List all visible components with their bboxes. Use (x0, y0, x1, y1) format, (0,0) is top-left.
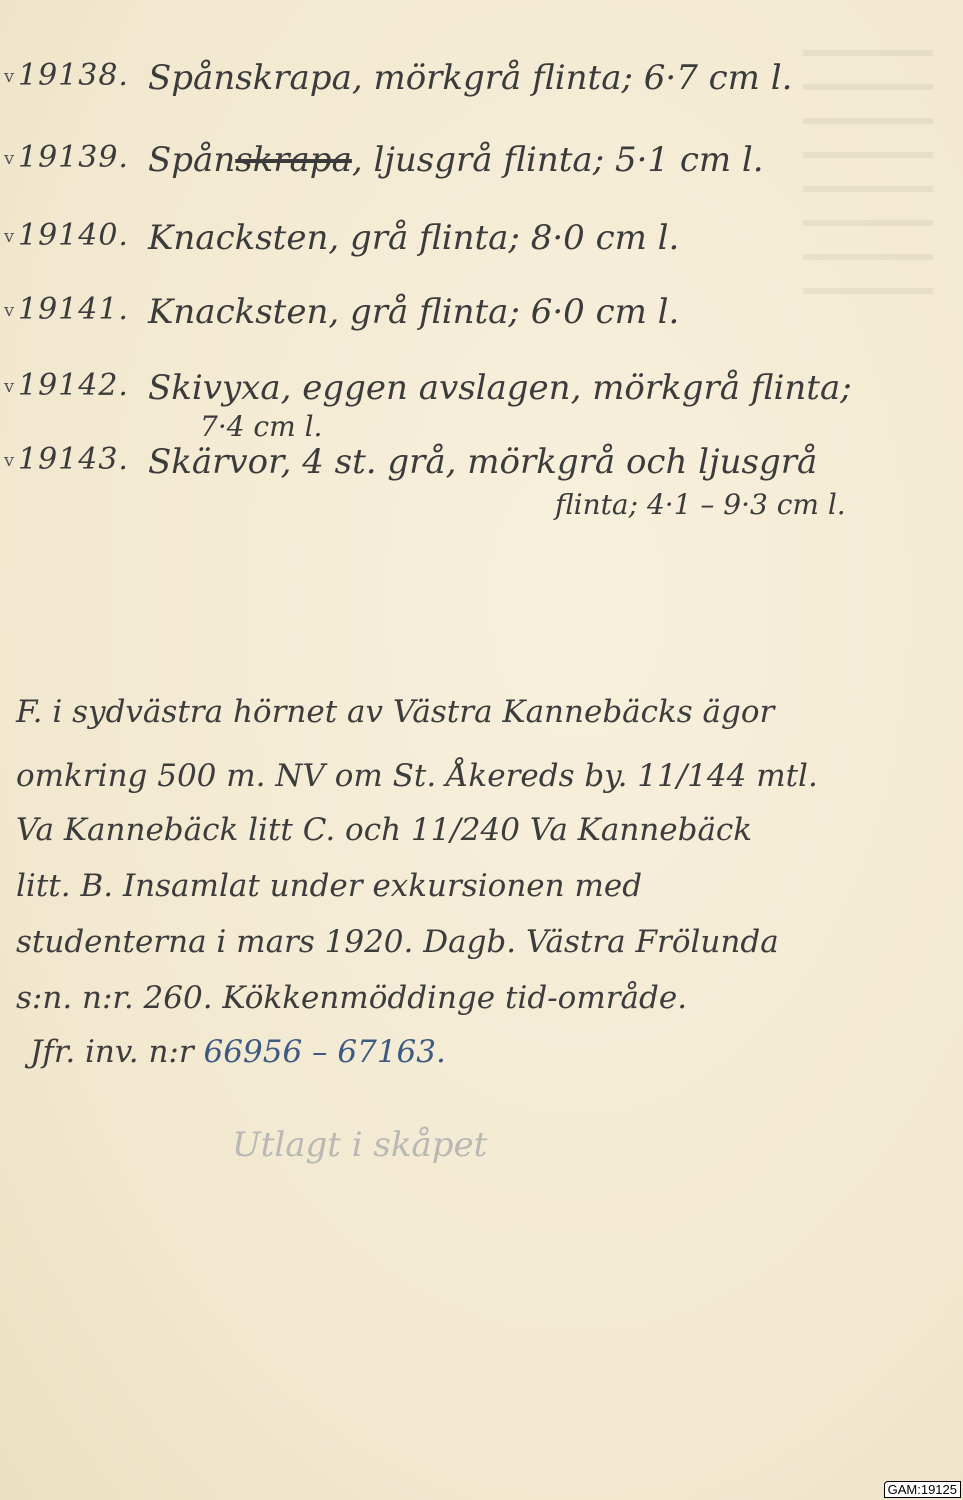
entry-text: Spånskrapa, mörkgrå flinta; 6·7 cm l. (148, 58, 792, 98)
check-mark: v (4, 66, 14, 87)
check-mark: v (4, 148, 14, 169)
entry-number: 19138. (18, 58, 129, 93)
entry-text: Skärvor, 4 st. grå, mörkgrå och ljusgrå (148, 442, 817, 482)
entry-continuation: 7·4 cm l. (200, 410, 322, 443)
entry-text: Knacksten, grå flinta; 6·0 cm l. (148, 292, 679, 332)
find-description-line: s:n. n:r. 260. Kökkenmöddinge tid-område… (16, 980, 687, 1016)
reference-range: 66956 – 67163. (204, 1034, 446, 1070)
find-description-line: F. i sydvästra hörnet av Västra Kannebäc… (16, 694, 774, 730)
entry-number: 19140. (18, 218, 129, 253)
entry-number: 19141. (18, 292, 129, 327)
find-description-line: Va Kannebäck litt C. och 11/240 Va Kanne… (16, 812, 752, 848)
reference-prefix: Jfr. inv. n:r (30, 1034, 194, 1070)
check-mark: v (4, 300, 14, 321)
entry-continuation: flinta; 4·1 – 9·3 cm l. (555, 488, 846, 521)
check-mark: v (4, 450, 14, 471)
entry-text: Knacksten, grå flinta; 8·0 cm l. (148, 218, 679, 258)
find-description-line: omkring 500 m. NV om St. Åkereds by. 11/… (16, 758, 818, 794)
entry-number: 19139. (18, 140, 129, 175)
check-mark: v (4, 226, 14, 247)
check-mark: v (4, 376, 14, 397)
entry-text: Skivyxa, eggen avslagen, mörkgrå flinta; (148, 368, 852, 408)
entry-number: 19143. (18, 442, 129, 477)
entry-text: Spånskrapa, ljusgrå flinta; 5·1 cm l. (148, 140, 764, 180)
entry-number: 19142. (18, 368, 129, 403)
find-description-line: litt. B. Insamlat under exkursionen med (16, 868, 642, 904)
pencil-note: Utlagt i skåpet (232, 1125, 487, 1165)
show-through-print (803, 50, 933, 310)
archive-id-label: GAM:19125 (884, 1481, 961, 1498)
inventory-reference: Jfr. inv. n:r 66956 – 67163. (30, 1034, 446, 1070)
find-description-line: studenterna i mars 1920. Dagb. Västra Fr… (16, 924, 779, 960)
